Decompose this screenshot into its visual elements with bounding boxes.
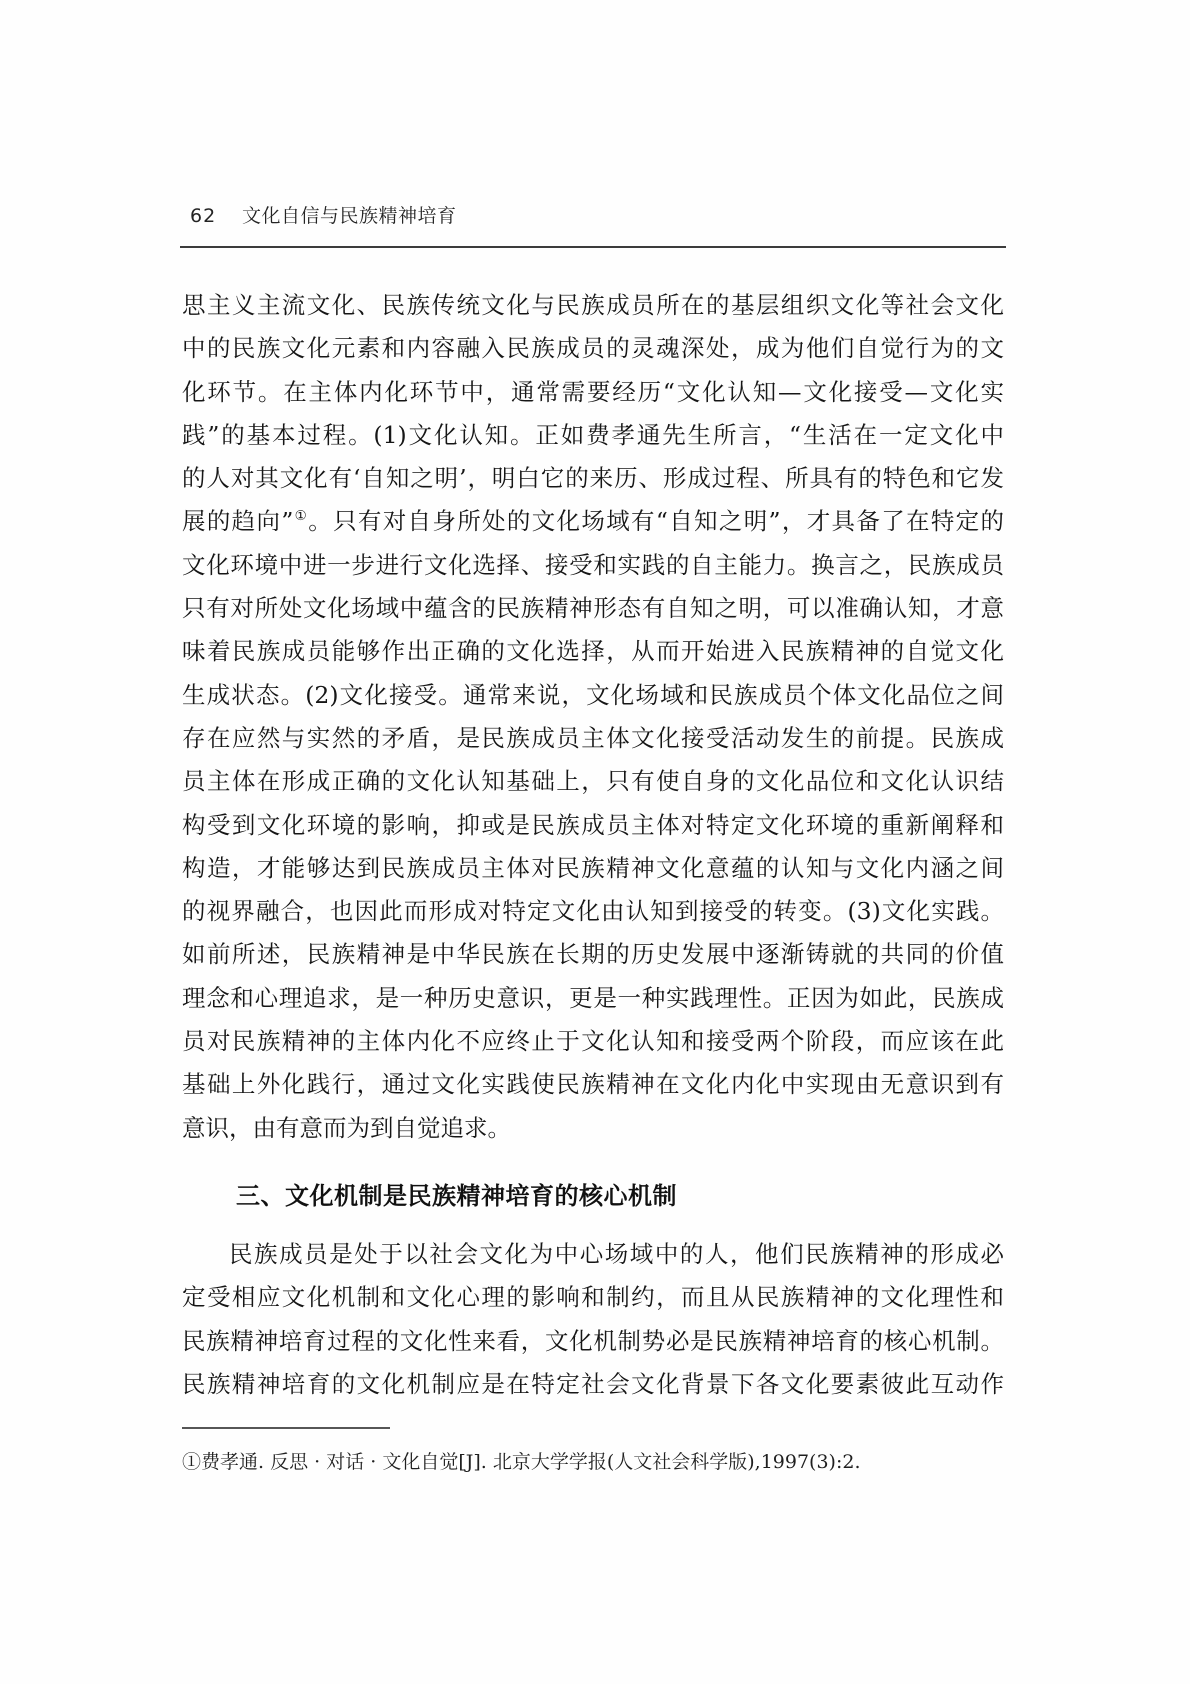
text-line: 践”的基本过程。(1)文化认知。正如费孝通先生所言，“生活在一定文化中 bbox=[182, 414, 1004, 457]
text-line: 构受到文化环境的影响，抑或是民族成员主体对特定文化环境的重新阐释和 bbox=[182, 804, 1004, 847]
text-line: 民族精神培育的文化机制应是在特定社会文化背景下各文化要素彼此互动作 bbox=[182, 1363, 1004, 1406]
text-segment: 只有对所处文化场域中蕴含的民族精神形态有自知之明，可以准确认知，才意 bbox=[182, 594, 1004, 622]
text-segment: 员对民族精神的主体内化不应终止于文化认知和接受两个阶段，而应该在此 bbox=[182, 1027, 1004, 1055]
text-line: 民族精神培育过程的文化性来看，文化机制势必是民族精神培育的核心机制。 bbox=[182, 1320, 1004, 1363]
text-segment: 构造，才能够达到民族成员主体对民族精神文化意蕴的认知与文化内涵之间 bbox=[182, 854, 1004, 882]
text-segment: 基础上外化践行，通过文化实践使民族精神在文化内化中实现由无意识到有 bbox=[182, 1070, 1004, 1098]
running-head-title: 文化自信与民族精神培育 bbox=[242, 204, 457, 228]
text-line: 生成状态。(2)文化接受。通常来说，文化场域和民族成员个体文化品位之间 bbox=[182, 674, 1004, 717]
text-segment: 展的趋向” bbox=[182, 507, 293, 535]
text-segment: 化环节。在主体内化环节中，通常需要经历“文化认知—文化接受—文化实 bbox=[182, 378, 1004, 406]
text-line: 展的趋向”①。只有对自身所处的文化场域有“自知之明”，才具备了在特定的 bbox=[182, 500, 1004, 543]
text-line: 的视界融合，也因此而形成对特定文化由认知到接受的转变。(3)文化实践。 bbox=[182, 890, 1004, 933]
text-line: 化环节。在主体内化环节中，通常需要经历“文化认知—文化接受—文化实 bbox=[182, 371, 1004, 414]
text-line: 的人对其文化有‘自知之明’，明白它的来历、形成过程、所具有的特色和它发 bbox=[182, 457, 1004, 500]
text-line: 只有对所处文化场域中蕴含的民族精神形态有自知之明，可以准确认知，才意 bbox=[182, 587, 1004, 630]
text-line: 基础上外化践行，通过文化实践使民族精神在文化内化中实现由无意识到有 bbox=[182, 1063, 1004, 1106]
text-line: 理念和心理追求，是一种历史意识，更是一种实践理性。正因为如此，民族成 bbox=[182, 977, 1004, 1020]
text-segment: 生成状态。(2)文化接受。通常来说，文化场域和民族成员个体文化品位之间 bbox=[182, 681, 1004, 709]
text-line: 员主体在形成正确的文化认知基础上，只有使自身的文化品位和文化认识结 bbox=[182, 760, 1004, 803]
paragraph-1: 思主义主流文化、民族传统文化与民族成员所在的基层组织文化等社会文化中的民族文化元… bbox=[182, 284, 1004, 1150]
text-segment: 中的民族文化元素和内容融入民族成员的灵魂深处，成为他们自觉行为的文 bbox=[182, 334, 1004, 362]
text-segment: 味着民族成员能够作出正确的文化选择，从而开始进入民族精神的自觉文化 bbox=[182, 637, 1004, 665]
text-segment: 的人对其文化有‘自知之明’，明白它的来历、形成过程、所具有的特色和它发 bbox=[182, 464, 1004, 492]
text-line: 中的民族文化元素和内容融入民族成员的灵魂深处，成为他们自觉行为的文 bbox=[182, 327, 1004, 370]
running-head: 62文化自信与民族精神培育 bbox=[190, 204, 1006, 228]
text-segment: 。只有对自身所处的文化场域有“自知之明”，才具备了在特定的 bbox=[308, 507, 1004, 535]
text-line: 文化环境中进一步进行文化选择、接受和实践的自主能力。换言之，民族成员 bbox=[182, 544, 1004, 587]
text-segment: 如前所述，民族精神是中华民族在长期的历史发展中逐渐铸就的共同的价值 bbox=[182, 940, 1004, 968]
text-line: 构造，才能够达到民族成员主体对民族精神文化意蕴的认知与文化内涵之间 bbox=[182, 847, 1004, 890]
text-segment: 思主义主流文化、民族传统文化与民族成员所在的基层组织文化等社会文化 bbox=[182, 291, 1004, 319]
text-line: 员对民族精神的主体内化不应终止于文化认知和接受两个阶段，而应该在此 bbox=[182, 1020, 1004, 1063]
text-segment: 意识，由有意而为到自觉追求。 bbox=[182, 1114, 511, 1142]
section-heading: 三、文化机制是民族精神培育的核心机制 bbox=[182, 1180, 1004, 1212]
text-segment: 定受相应文化机制和文化心理的影响和制约，而且从民族精神的文化理性和 bbox=[182, 1283, 1004, 1311]
text-segment: 文化环境中进一步进行文化选择、接受和实践的自主能力。换言之，民族成员 bbox=[182, 551, 1004, 579]
book-page: 62文化自信与民族精神培育 思主义主流文化、民族传统文化与民族成员所在的基层组织… bbox=[0, 0, 1190, 1684]
text-line: 民族成员是处于以社会文化为中心场域中的人，他们民族精神的形成必 bbox=[182, 1233, 1004, 1276]
text-line: 存在应然与实然的矛盾，是民族成员主体文化接受活动发生的前提。民族成 bbox=[182, 717, 1004, 760]
text-line: 味着民族成员能够作出正确的文化选择，从而开始进入民族精神的自觉文化 bbox=[182, 630, 1004, 673]
text-segment: 民族精神培育的文化机制应是在特定社会文化背景下各文化要素彼此互动作 bbox=[182, 1370, 1004, 1398]
text-line: 意识，由有意而为到自觉追求。 bbox=[182, 1107, 1004, 1150]
header-rule bbox=[180, 246, 1006, 248]
footnote-text: ①费孝通. 反思 · 对话 · 文化自觉[J]. 北京大学学报(人文社会科学版)… bbox=[182, 1449, 1004, 1476]
paragraph-2: 民族成员是处于以社会文化为中心场域中的人，他们民族精神的形成必定受相应文化机制和… bbox=[182, 1233, 1004, 1406]
text-segment: 存在应然与实然的矛盾，是民族成员主体文化接受活动发生的前提。民族成 bbox=[182, 724, 1004, 752]
text-segment: 民族成员是处于以社会文化为中心场域中的人，他们民族精神的形成必 bbox=[229, 1240, 1004, 1268]
page-number: 62 bbox=[190, 204, 220, 228]
text-line: 如前所述，民族精神是中华民族在长期的历史发展中逐渐铸就的共同的价值 bbox=[182, 933, 1004, 976]
text-line: 定受相应文化机制和文化心理的影响和制约，而且从民族精神的文化理性和 bbox=[182, 1276, 1004, 1319]
text-segment: 员主体在形成正确的文化认知基础上，只有使自身的文化品位和文化认识结 bbox=[182, 767, 1004, 795]
text-segment: 践”的基本过程。(1)文化认知。正如费孝通先生所言，“生活在一定文化中 bbox=[182, 421, 1004, 449]
text-segment: 理念和心理追求，是一种历史意识，更是一种实践理性。正因为如此，民族成 bbox=[182, 984, 1004, 1012]
text-segment: 的视界融合，也因此而形成对特定文化由认知到接受的转变。(3)文化实践。 bbox=[182, 897, 1004, 925]
text-line: 思主义主流文化、民族传统文化与民族成员所在的基层组织文化等社会文化 bbox=[182, 284, 1004, 327]
footnote-rule bbox=[182, 1427, 390, 1429]
text-segment: 构受到文化环境的影响，抑或是民族成员主体对特定文化环境的重新阐释和 bbox=[182, 811, 1004, 839]
footnote-ref-marker: ① bbox=[293, 509, 308, 525]
text-segment: 民族精神培育过程的文化性来看，文化机制势必是民族精神培育的核心机制。 bbox=[182, 1327, 1004, 1355]
